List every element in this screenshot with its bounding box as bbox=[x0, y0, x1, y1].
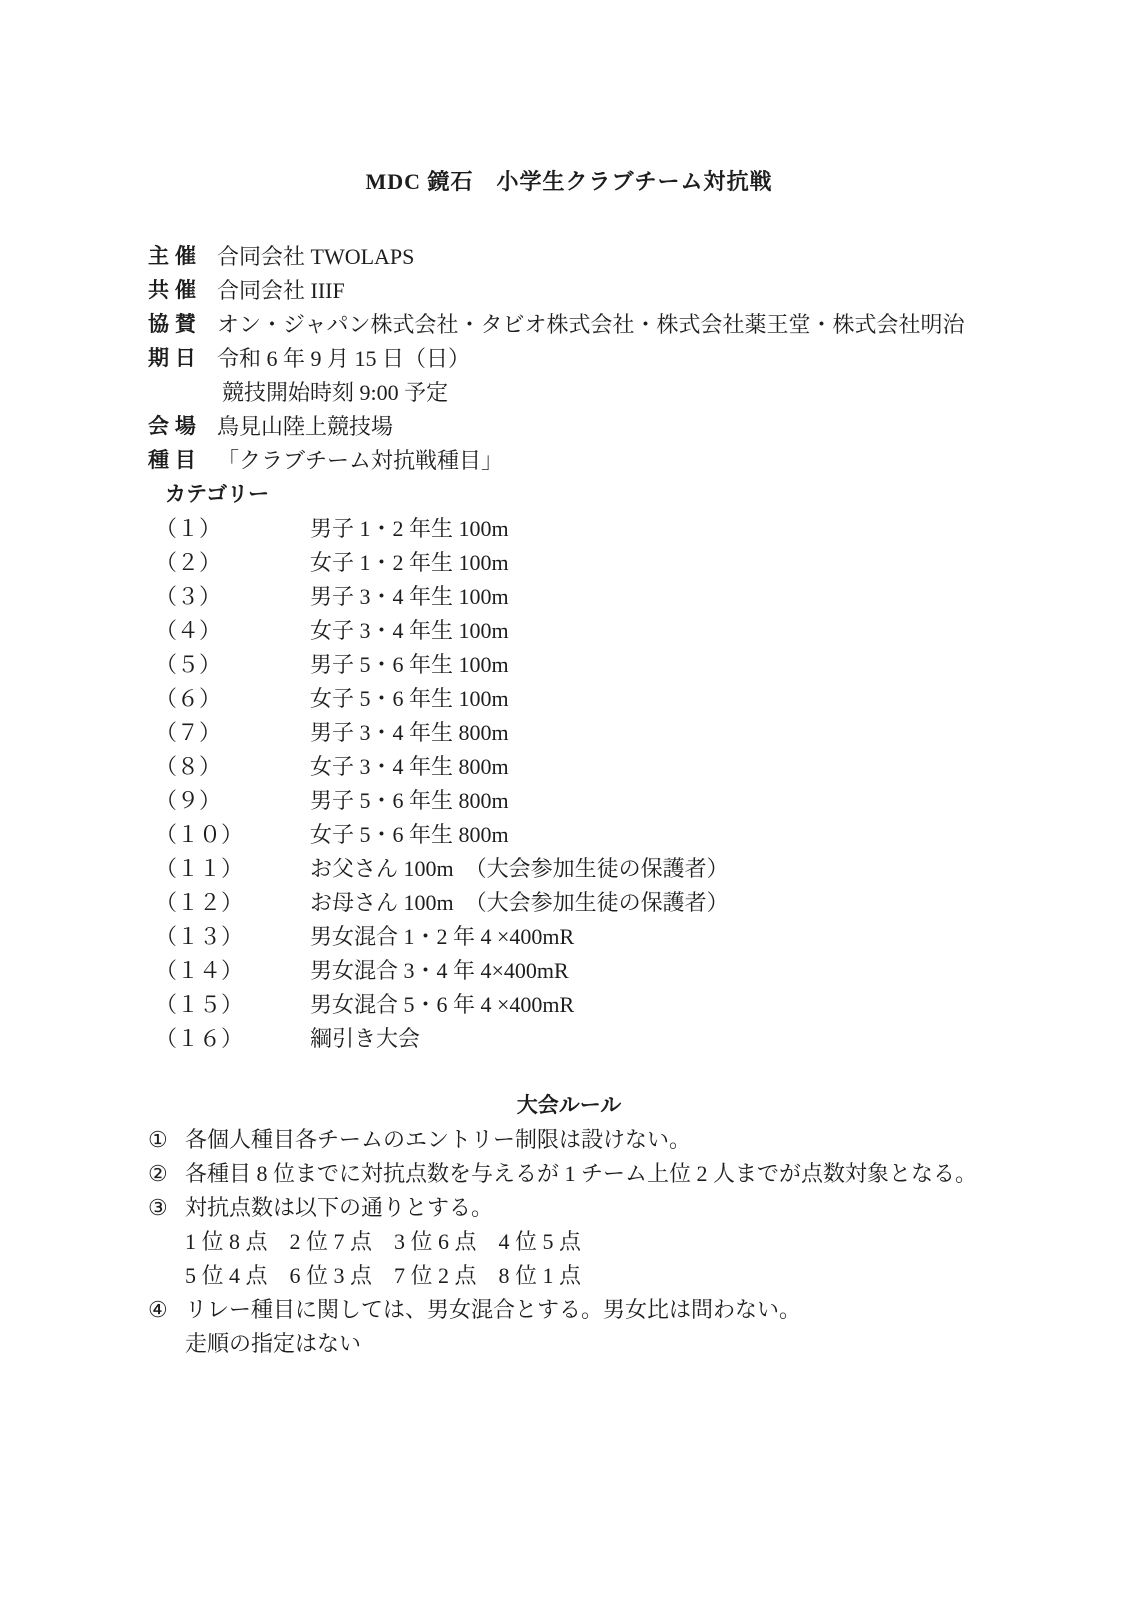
category-row: （２） 女子 1・2 年生 100m bbox=[148, 546, 1108, 580]
category-number: （６） bbox=[155, 682, 310, 716]
category-number: （１２） bbox=[155, 886, 310, 920]
category-number: （２） bbox=[155, 546, 310, 580]
category-number: （１５） bbox=[155, 988, 310, 1022]
category-event: 男子 1・2 年生 100m bbox=[310, 512, 1108, 546]
category-event: お母さん 100m （大会参加生徒の保護者） bbox=[310, 886, 1108, 920]
info-row-date: 期 日 令和 6 年 9 月 15 日（日） bbox=[148, 342, 1108, 376]
category-event: 女子 1・2 年生 100m bbox=[310, 546, 1108, 580]
document-body: 主 催 合同会社 TWOLAPS 共 催 合同会社 IIIF 協 賛 オン・ジャ… bbox=[0, 240, 1138, 1361]
category-row: （１３） 男女混合 1・2 年 4 ×400mR bbox=[148, 920, 1108, 954]
info-label: 種 目 bbox=[148, 444, 217, 478]
rule-item: ③ 対抗点数は以下の通りとする。 bbox=[148, 1191, 1108, 1225]
category-event: 女子 5・6 年生 100m bbox=[310, 682, 1108, 716]
info-label: 期 日 bbox=[148, 342, 217, 376]
rule-text: リレー種目に関しては、男女混合とする。男女比は問わない。 bbox=[185, 1293, 1108, 1327]
category-row: （９） 男子 5・6 年生 800m bbox=[148, 784, 1108, 818]
rule-number: ④ bbox=[148, 1293, 185, 1327]
rules-heading: 大会ルール bbox=[0, 1089, 1138, 1123]
category-row: （７） 男子 3・4 年生 800m bbox=[148, 716, 1108, 750]
category-row: （５） 男子 5・6 年生 100m bbox=[148, 648, 1108, 682]
category-row: （１２） お母さん 100m （大会参加生徒の保護者） bbox=[148, 886, 1108, 920]
info-label: 会 場 bbox=[148, 410, 217, 444]
page-title: MDC 鏡石 小学生クラブチーム対抗戦 bbox=[0, 0, 1138, 196]
category-number: （９） bbox=[155, 784, 310, 818]
category-row: （１６） 綱引き大会 bbox=[148, 1022, 1108, 1056]
category-row: （１０） 女子 5・6 年生 800m bbox=[148, 818, 1108, 852]
category-event: 男子 3・4 年生 100m bbox=[310, 580, 1108, 614]
info-label: 共 催 bbox=[148, 274, 217, 308]
category-number: （３） bbox=[155, 580, 310, 614]
rule-item: ① 各個人種目各チームのエントリー制限は設けない。 bbox=[148, 1123, 1108, 1157]
category-event: 男子 5・6 年生 100m bbox=[310, 648, 1108, 682]
category-row: （６） 女子 5・6 年生 100m bbox=[148, 682, 1108, 716]
info-row-organizer: 主 催 合同会社 TWOLAPS bbox=[148, 240, 1108, 274]
info-row-events: 種 目 「クラブチーム対抗戦種目」 bbox=[148, 444, 1108, 478]
info-date-subnote: 競技開始時刻 9:00 予定 bbox=[148, 376, 1108, 410]
info-value: オン・ジャパン株式会社・タビオ株式会社・株式会社薬王堂・株式会社明治 bbox=[217, 308, 1108, 342]
info-row-co-organizer: 共 催 合同会社 IIIF bbox=[148, 274, 1108, 308]
rule-points-line: 1 位 8 点 2 位 7 点 3 位 6 点 4 位 5 点 bbox=[148, 1225, 1108, 1259]
category-number: （８） bbox=[155, 750, 310, 784]
info-section: 主 催 合同会社 TWOLAPS 共 催 合同会社 IIIF 協 賛 オン・ジャ… bbox=[148, 240, 1108, 478]
info-label: 協 賛 bbox=[148, 308, 217, 342]
category-event: 男女混合 5・6 年 4 ×400mR bbox=[310, 988, 1108, 1022]
category-number: （１１） bbox=[155, 852, 310, 886]
category-heading: カテゴリー bbox=[165, 478, 1108, 512]
category-event: 男女混合 1・2 年 4 ×400mR bbox=[310, 920, 1108, 954]
category-row: （８） 女子 3・4 年生 800m bbox=[148, 750, 1108, 784]
category-event: 男女混合 3・4 年 4×400mR bbox=[310, 954, 1108, 988]
rule-number: ③ bbox=[148, 1191, 185, 1225]
info-value: 「クラブチーム対抗戦種目」 bbox=[217, 444, 1108, 478]
rule-text: 各個人種目各チームのエントリー制限は設けない。 bbox=[185, 1123, 1108, 1157]
category-number: （１６） bbox=[155, 1022, 310, 1056]
rule-number: ② bbox=[148, 1157, 185, 1191]
category-number: （１４） bbox=[155, 954, 310, 988]
info-value: 鳥見山陸上競技場 bbox=[217, 410, 1108, 444]
category-row: （４） 女子 3・4 年生 100m bbox=[148, 614, 1108, 648]
category-list: （１） 男子 1・2 年生 100m （２） 女子 1・2 年生 100m （３… bbox=[148, 512, 1108, 1056]
category-event: 女子 3・4 年生 800m bbox=[310, 750, 1108, 784]
rules-list: ① 各個人種目各チームのエントリー制限は設けない。 ② 各種目 8 位までに対抗… bbox=[148, 1123, 1108, 1361]
category-row: （１） 男子 1・2 年生 100m bbox=[148, 512, 1108, 546]
category-row: （３） 男子 3・4 年生 100m bbox=[148, 580, 1108, 614]
document-page: MDC 鏡石 小学生クラブチーム対抗戦 主 催 合同会社 TWOLAPS 共 催… bbox=[0, 0, 1138, 1613]
category-number: （５） bbox=[155, 648, 310, 682]
info-value: 合同会社 IIIF bbox=[217, 274, 1108, 308]
info-row-venue: 会 場 鳥見山陸上競技場 bbox=[148, 410, 1108, 444]
rule-subnote: 走順の指定はない bbox=[148, 1327, 1108, 1361]
rule-item: ④ リレー種目に関しては、男女混合とする。男女比は問わない。 bbox=[148, 1293, 1108, 1327]
category-row: （１４） 男女混合 3・4 年 4×400mR bbox=[148, 954, 1108, 988]
category-row: （１５） 男女混合 5・6 年 4 ×400mR bbox=[148, 988, 1108, 1022]
category-event: 男子 5・6 年生 800m bbox=[310, 784, 1108, 818]
info-row-sponsors: 協 賛 オン・ジャパン株式会社・タビオ株式会社・株式会社薬王堂・株式会社明治 bbox=[148, 308, 1108, 342]
rule-text: 各種目 8 位までに対抗点数を与えるが 1 チーム上位 2 人までが点数対象とな… bbox=[185, 1157, 1108, 1191]
info-value: 令和 6 年 9 月 15 日（日） bbox=[217, 342, 1108, 376]
category-event: 綱引き大会 bbox=[310, 1022, 1108, 1056]
category-number: （７） bbox=[155, 716, 310, 750]
info-value: 合同会社 TWOLAPS bbox=[217, 240, 1108, 274]
category-number: （１３） bbox=[155, 920, 310, 954]
category-row: （１１） お父さん 100m （大会参加生徒の保護者） bbox=[148, 852, 1108, 886]
category-number: （１） bbox=[155, 512, 310, 546]
category-event: 女子 5・6 年生 800m bbox=[310, 818, 1108, 852]
category-event: お父さん 100m （大会参加生徒の保護者） bbox=[310, 852, 1108, 886]
rule-text: 対抗点数は以下の通りとする。 bbox=[185, 1191, 1108, 1225]
category-event: 女子 3・4 年生 100m bbox=[310, 614, 1108, 648]
category-number: （１０） bbox=[155, 818, 310, 852]
rule-number: ① bbox=[148, 1123, 185, 1157]
rule-item: ② 各種目 8 位までに対抗点数を与えるが 1 チーム上位 2 人までが点数対象… bbox=[148, 1157, 1108, 1191]
category-event: 男子 3・4 年生 800m bbox=[310, 716, 1108, 750]
rule-points-line: 5 位 4 点 6 位 3 点 7 位 2 点 8 位 1 点 bbox=[148, 1259, 1108, 1293]
info-label: 主 催 bbox=[148, 240, 217, 274]
category-number: （４） bbox=[155, 614, 310, 648]
